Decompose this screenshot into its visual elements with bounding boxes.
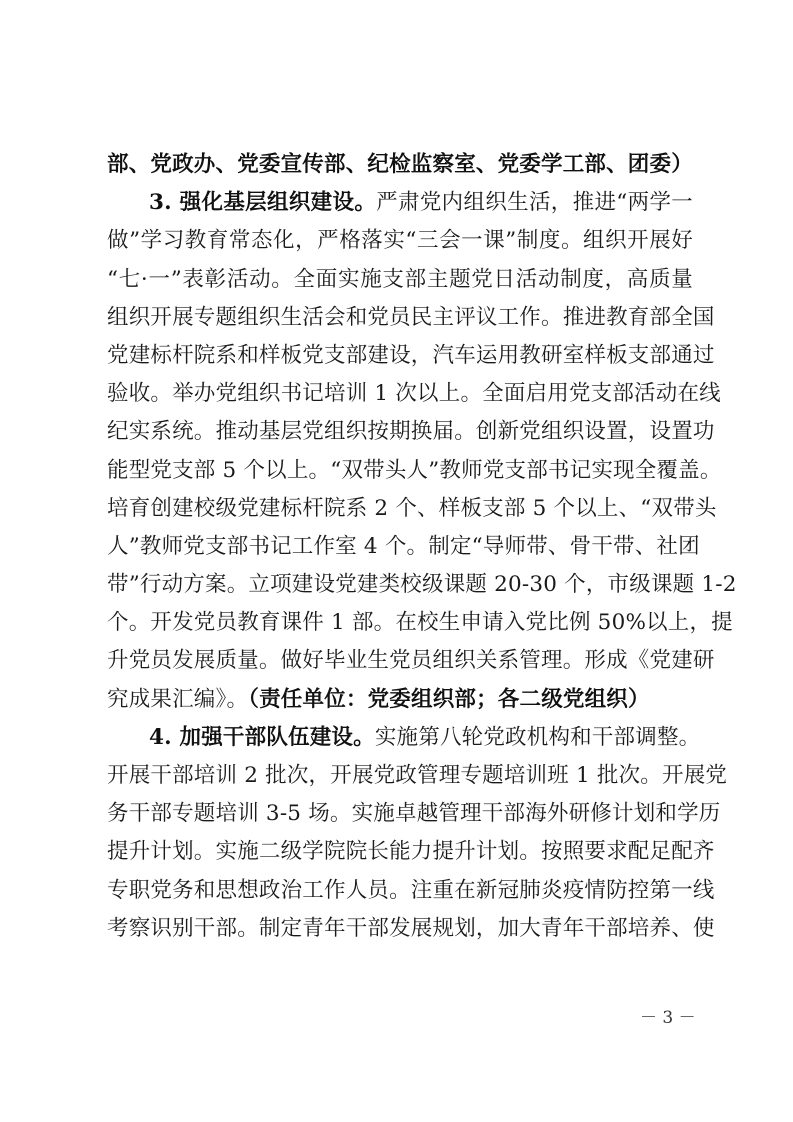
- document-body: 部、党政办、党委宣传部、纪检监察室、党委学工部、团委） 3. 强化基层组织建设。…: [107, 146, 693, 948]
- line-text: “七·一”表彰活动。全面实施支部主题党日活动制度，高质量: [107, 267, 693, 292]
- text-line-8: 纪实系统。推动基层党组织按期换届。创新党组织设置，设置功: [107, 413, 693, 451]
- text-line-4: “七·一”表彰活动。全面实施支部主题党日活动制度，高质量: [107, 261, 693, 299]
- text-line-3: 做”学习教育常态化，严格落实“三会一课”制度。组织开展好: [107, 222, 693, 260]
- text-line-5: 组织开展专题组织生活会和党员民主评议工作。推进教育部全国: [107, 299, 693, 337]
- line-text: 纪实系统。推动基层党组织按期换届。创新党组织设置，设置功: [107, 419, 715, 444]
- line-text: 考察识别干部。制定青年干部发展规划，加大青年干部培养、使: [107, 916, 715, 941]
- line-text: 升党员发展质量。做好毕业生党员组织关系管理。形成《党建研: [107, 648, 715, 673]
- text-line-1: 部、党政办、党委宣传部、纪检监察室、党委学工部、团委）: [107, 146, 693, 184]
- text-line-9: 能型党支部 5 个以上。“双带头人”教师党支部书记实现全覆盖。: [107, 452, 693, 490]
- text-line-10: 培育创建校级党建标杆院系 2 个、样板支部 5 个以上、“双带头: [107, 490, 693, 528]
- responsible-units-continued: 部、党政办、党委宣传部、纪检监察室、党委学工部、团委）: [107, 152, 693, 177]
- text-line-21: 考察识别干部。制定青年干部发展规划，加大青年干部培养、使: [107, 910, 693, 948]
- line-text: 务干部专题培训 3-5 场。实施卓越管理干部海外研修计划和学历: [107, 801, 721, 826]
- text-line-18: 务干部专题培训 3-5 场。实施卓越管理干部海外研修计划和学历: [107, 795, 693, 833]
- text-line-12: 带”行动方案。立项建设党建类校级课题 20-30 个，市级课题 1-2: [107, 566, 693, 604]
- text-line-11: 人”教师党支部书记工作室 4 个。制定“导师带、骨干带、社团: [107, 528, 693, 566]
- text-line-7: 验收。举办党组织书记培训 1 次以上。全面启用党支部活动在线: [107, 375, 693, 413]
- section-heading-4: 4. 加强干部队伍建设。: [149, 725, 375, 750]
- text-line-15: 究成果汇编》。（责任单位：党委组织部；各二级党组织）: [107, 681, 693, 719]
- page-number: － 3 －: [640, 1003, 696, 1028]
- text-line-16: 4. 加强干部队伍建设。实施第八轮党政机构和干部调整。: [107, 719, 693, 757]
- line-text: 开展干部培训 2 批次，开展党政管理专题培训班 1 批次。开展党: [107, 763, 727, 788]
- line-text: 实施第八轮党政机构和干部调整。: [375, 725, 701, 750]
- line-text: 做”学习教育常态化，严格落实“三会一课”制度。组织开展好: [107, 228, 693, 253]
- line-text: 培育创建校级党建标杆院系 2 个、样板支部 5 个以上、“双带头: [107, 496, 717, 521]
- text-line-17: 开展干部培训 2 批次，开展党政管理专题培训班 1 批次。开展党: [107, 757, 693, 795]
- text-line-19: 提升计划。实施二级学院院长能力提升计划。按照要求配足配齐: [107, 833, 693, 871]
- section-heading-3: 3. 强化基层组织建设。: [149, 190, 376, 215]
- text-line-2: 3. 强化基层组织建设。严肃党内组织生活，推进“两学一: [107, 184, 693, 222]
- line-text: 组织开展专题组织生活会和党员民主评议工作。推进教育部全国: [107, 305, 715, 330]
- line-text: 人”教师党支部书记工作室 4 个。制定“导师带、骨干带、社团: [107, 534, 700, 559]
- line-text: 能型党支部 5 个以上。“双带头人”教师党支部书记实现全覆盖。: [107, 458, 722, 483]
- line-text: 专职党务和思想政治工作人员。注重在新冠肺炎疫情防控第一线: [107, 878, 715, 903]
- line-text: 带”行动方案。立项建设党建类校级课题 20-30 个，市级课题 1-2: [107, 572, 737, 597]
- text-line-6: 党建标杆院系和样板党支部建设，汽车运用教研室样板支部通过: [107, 337, 693, 375]
- line-text: 提升计划。实施二级学院院长能力提升计划。按照要求配足配齐: [107, 839, 715, 864]
- line-text: 个。开发党员教育课件 1 部。在校生申请入党比例 50%以上，提: [107, 610, 733, 635]
- text-line-20: 专职党务和思想政治工作人员。注重在新冠肺炎疫情防控第一线: [107, 872, 693, 910]
- line-text: 严肃党内组织生活，推进“两学一: [376, 190, 693, 215]
- line-text: 验收。举办党组织书记培训 1 次以上。全面启用党支部活动在线: [107, 381, 721, 406]
- text-line-14: 升党员发展质量。做好毕业生党员组织关系管理。形成《党建研: [107, 642, 693, 680]
- text-line-13: 个。开发党员教育课件 1 部。在校生申请入党比例 50%以上，提: [107, 604, 693, 642]
- line-text: 究成果汇编》。: [107, 687, 248, 712]
- line-text: 党建标杆院系和样板党支部建设，汽车运用教研室样板支部通过: [107, 343, 715, 368]
- responsible-units: （责任单位：党委组织部；各二级党组织）: [248, 687, 650, 712]
